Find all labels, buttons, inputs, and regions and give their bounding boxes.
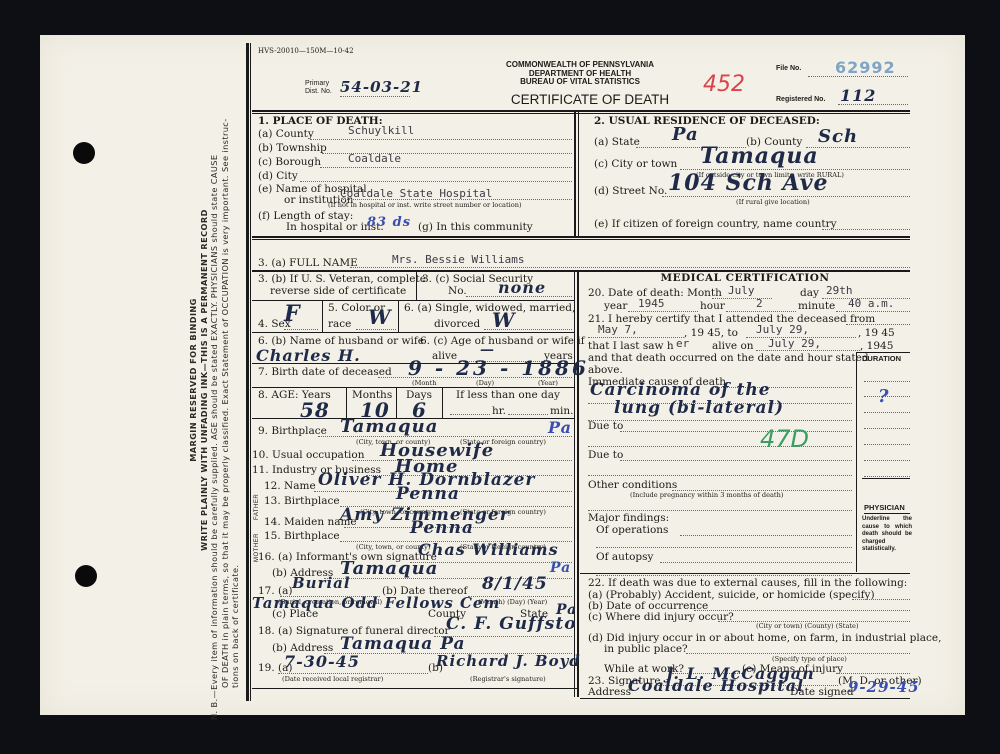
binding-margin-instructions: MARGIN RESERVED FOR BINDING WRITE PLAINL… [188, 40, 252, 720]
residence-city-value: Tamaqua [700, 143, 819, 169]
hospital-note: (If not in hospital or inst. write stree… [328, 201, 522, 209]
birth-date-value: 9 - 23 - 1886 [408, 356, 589, 380]
registered-no-value: 112 [840, 86, 876, 105]
primary-dist-label: Primary Dist. No. [305, 80, 332, 96]
other-conditions-note: (Include pregnancy within 3 months of de… [630, 491, 783, 499]
residence-county-value: Sch [818, 126, 858, 147]
margin-line: MARGIN RESERVED FOR BINDING [188, 40, 199, 720]
birthplace-state-value: Pa [548, 418, 572, 437]
registrar-sig-value: Richard J. Boyd [436, 652, 581, 670]
father-side-label: FATHER [254, 494, 260, 520]
funeral-address-value: Tamaqua Pa [340, 634, 466, 654]
attend-to-year: , 19 45 [858, 327, 895, 339]
residence-heading: 2. USUAL RESIDENCE OF DECEASED: [594, 115, 820, 127]
full-name-value: Mrs. Bessie Williams [392, 253, 524, 266]
ss-value: none [498, 278, 546, 297]
state-label: (a) State [594, 136, 640, 148]
death-day-value: 29th [826, 284, 853, 297]
mother-birthplace-value: Penna [410, 518, 474, 538]
birth-day-note: (Day) [476, 379, 494, 387]
certificate-title: CERTIFICATE OF DEATH [470, 92, 710, 107]
physician-note: Underline the cause to which death shoul… [862, 516, 912, 554]
autopsy-label: Of autopsy [596, 551, 653, 563]
birthplace-value: Tamaqua [340, 416, 438, 437]
immediate-cause-value-2: lung (bi-lateral) [614, 398, 784, 418]
funeral-director-value: C. F. Guffsto [446, 614, 577, 634]
last-saw-date: July 29, [768, 337, 821, 350]
external-d-label-2: in public place? [604, 643, 688, 655]
death-hour-value: 2 [756, 297, 763, 310]
father-birthplace-value: Penna [396, 484, 460, 504]
min-label: min. [550, 405, 573, 417]
external-c-label: (c) Where did injury occur? [588, 611, 734, 623]
external-d-note: (Specify type of place) [772, 655, 847, 663]
registrar-sig-note: (Registrar's signature) [470, 675, 546, 683]
informant-address-state: Pa [550, 560, 571, 576]
margin-line: N. B.—Every item of information should b… [209, 40, 220, 720]
burial-place-label: (c) Place [272, 608, 318, 620]
street-label: (d) Street No. [594, 185, 667, 197]
occurred-label-2: above. [588, 364, 623, 376]
mother-birthplace-label: 15. Birthplace [264, 530, 340, 542]
divorced-label: divorced [434, 318, 480, 330]
external-c-note: (City or town) (County) (State) [756, 622, 859, 630]
spouse-age-label: 6. (c) Age of husband or wife if [420, 335, 585, 347]
due-to-label-2: Due to [588, 449, 623, 461]
registered-no-label: Registered No. [776, 96, 825, 103]
birth-date-label: 7. Birth date of deceased [258, 366, 392, 378]
foreign-country-label: (e) If citizen of foreign country, name … [594, 218, 837, 230]
file-no-value: 62992 [835, 58, 896, 77]
birth-month-note: (Month [412, 379, 436, 387]
death-minute-value: 40 a.m. [848, 297, 894, 310]
margin-line: WRITE PLAINLY WITH UNFADING INK—THIS IS … [199, 40, 210, 720]
attend-to-value: July 29, [756, 323, 809, 336]
physician-header: PHYSICIAN [864, 503, 905, 512]
margin-rule [246, 43, 249, 701]
last-saw-label: that I last saw h [588, 340, 674, 352]
county-label: (a) County [258, 128, 314, 140]
borough-label: (c) Borough [258, 156, 321, 168]
other-conditions-label: Other conditions [588, 479, 677, 491]
date-signed-label: Date signed [790, 686, 854, 698]
due-to-label-1: Due to [588, 420, 623, 432]
birth-year-note: (Year) [538, 379, 558, 387]
attend-from-year: , 19 45, to [684, 327, 738, 339]
agency-line: BUREAU OF VITAL STATISTICS [470, 78, 690, 87]
marital-label: 6. (a) Single, widowed, married, [404, 302, 575, 314]
agency-heading: COMMONWEALTH OF PENNSYLVANIA DEPARTMENT … [470, 61, 690, 87]
full-name-label: 3. (a) FULL NAME [258, 257, 358, 269]
burial-value: Burial [292, 574, 351, 592]
dist-no-label: Dist. No. [305, 88, 332, 96]
primary-dist-value: 54-03-21 [340, 78, 423, 96]
race-value: W [368, 305, 391, 329]
last-saw-year: , 1945 [860, 340, 893, 352]
registrar-date-note: (Date received local registrar) [282, 675, 383, 683]
informant-sig-value: Chas Williams [418, 540, 559, 559]
city-town-label: (c) City or town [594, 158, 677, 170]
veteran-line2: reverse side of certificate [258, 285, 426, 297]
informant-address-value: Tamaqua [340, 558, 438, 579]
occupation-label: 10. Usual occupation [252, 449, 364, 461]
race-label: race [328, 318, 351, 330]
death-day-label: day [800, 287, 819, 299]
margin-line: OF DEATH in plain terms, so that it may … [220, 40, 231, 720]
residence-street-value: 104 Sch Ave [668, 170, 828, 196]
binder-hole-top [73, 142, 95, 164]
physician-address-value: Coaldale Hospital [628, 676, 804, 695]
burial-date-value: 8/1/45 [482, 574, 548, 594]
immediate-cause-value-1: Carcinoma of the [590, 380, 771, 400]
death-borough-value: Coaldale [348, 152, 401, 165]
registrar-date-value: 7-30-45 [284, 652, 360, 671]
medical-cert-heading: MEDICAL CERTIFICATION [580, 272, 910, 284]
community-label: (g) In this community [418, 221, 533, 233]
death-minute-label: minute [798, 300, 835, 312]
father-name-label: 12. Name [264, 480, 316, 492]
less-than-day-label: If less than one day [456, 389, 560, 401]
green-annotation: 47D [760, 425, 809, 453]
binder-hole-bottom [75, 565, 97, 587]
township-label: (b) Township [258, 142, 327, 154]
duration-value: ? [878, 386, 890, 407]
city-label: (d) City [258, 170, 298, 182]
duration-header: DURATION [862, 354, 901, 363]
attend-from-value: May 7, [598, 323, 638, 336]
hr-label: hr. [492, 405, 506, 417]
major-findings-label: Major findings: [588, 512, 669, 524]
physician-address-label: Address [588, 686, 631, 698]
stay-value: 83 ds [367, 215, 411, 230]
last-saw-label-2: alive on [712, 340, 754, 352]
death-hour-label: hour [700, 300, 725, 312]
death-month-value: July [728, 284, 755, 297]
death-county-value: Schuylkill [348, 124, 414, 137]
street-note: (If rural give location) [736, 198, 810, 206]
file-no-label: File No. [776, 65, 801, 72]
date-signed-value: 9-29-45 [848, 678, 920, 696]
father-birthplace-label: 13. Birthplace [264, 495, 340, 507]
marital-value: W [492, 308, 515, 332]
residence-state-value: Pa [672, 124, 699, 145]
death-year-value: 1945 [638, 297, 665, 310]
operations-label: Of operations [596, 524, 668, 536]
red-annotation: 452 [703, 72, 745, 97]
birthplace-label: 9. Birthplace [258, 425, 327, 437]
margin-rule-thin [250, 43, 251, 701]
primary-label: Primary [305, 80, 332, 88]
external-heading: 22. If death was due to external causes,… [588, 577, 907, 589]
veteran-line1: 3. (b) If U. S. Veteran, complete [258, 273, 426, 285]
margin-line: tions on back of certificate. [230, 40, 241, 720]
death-year-label: year [604, 300, 627, 312]
last-saw-pronoun: er [676, 337, 689, 350]
occurred-label: and that death occurred on the date and … [588, 352, 869, 364]
form-id: HVS-20010—150M—10-42 [258, 47, 354, 55]
veteran-label: 3. (b) If U. S. Veteran, complete revers… [258, 273, 426, 297]
